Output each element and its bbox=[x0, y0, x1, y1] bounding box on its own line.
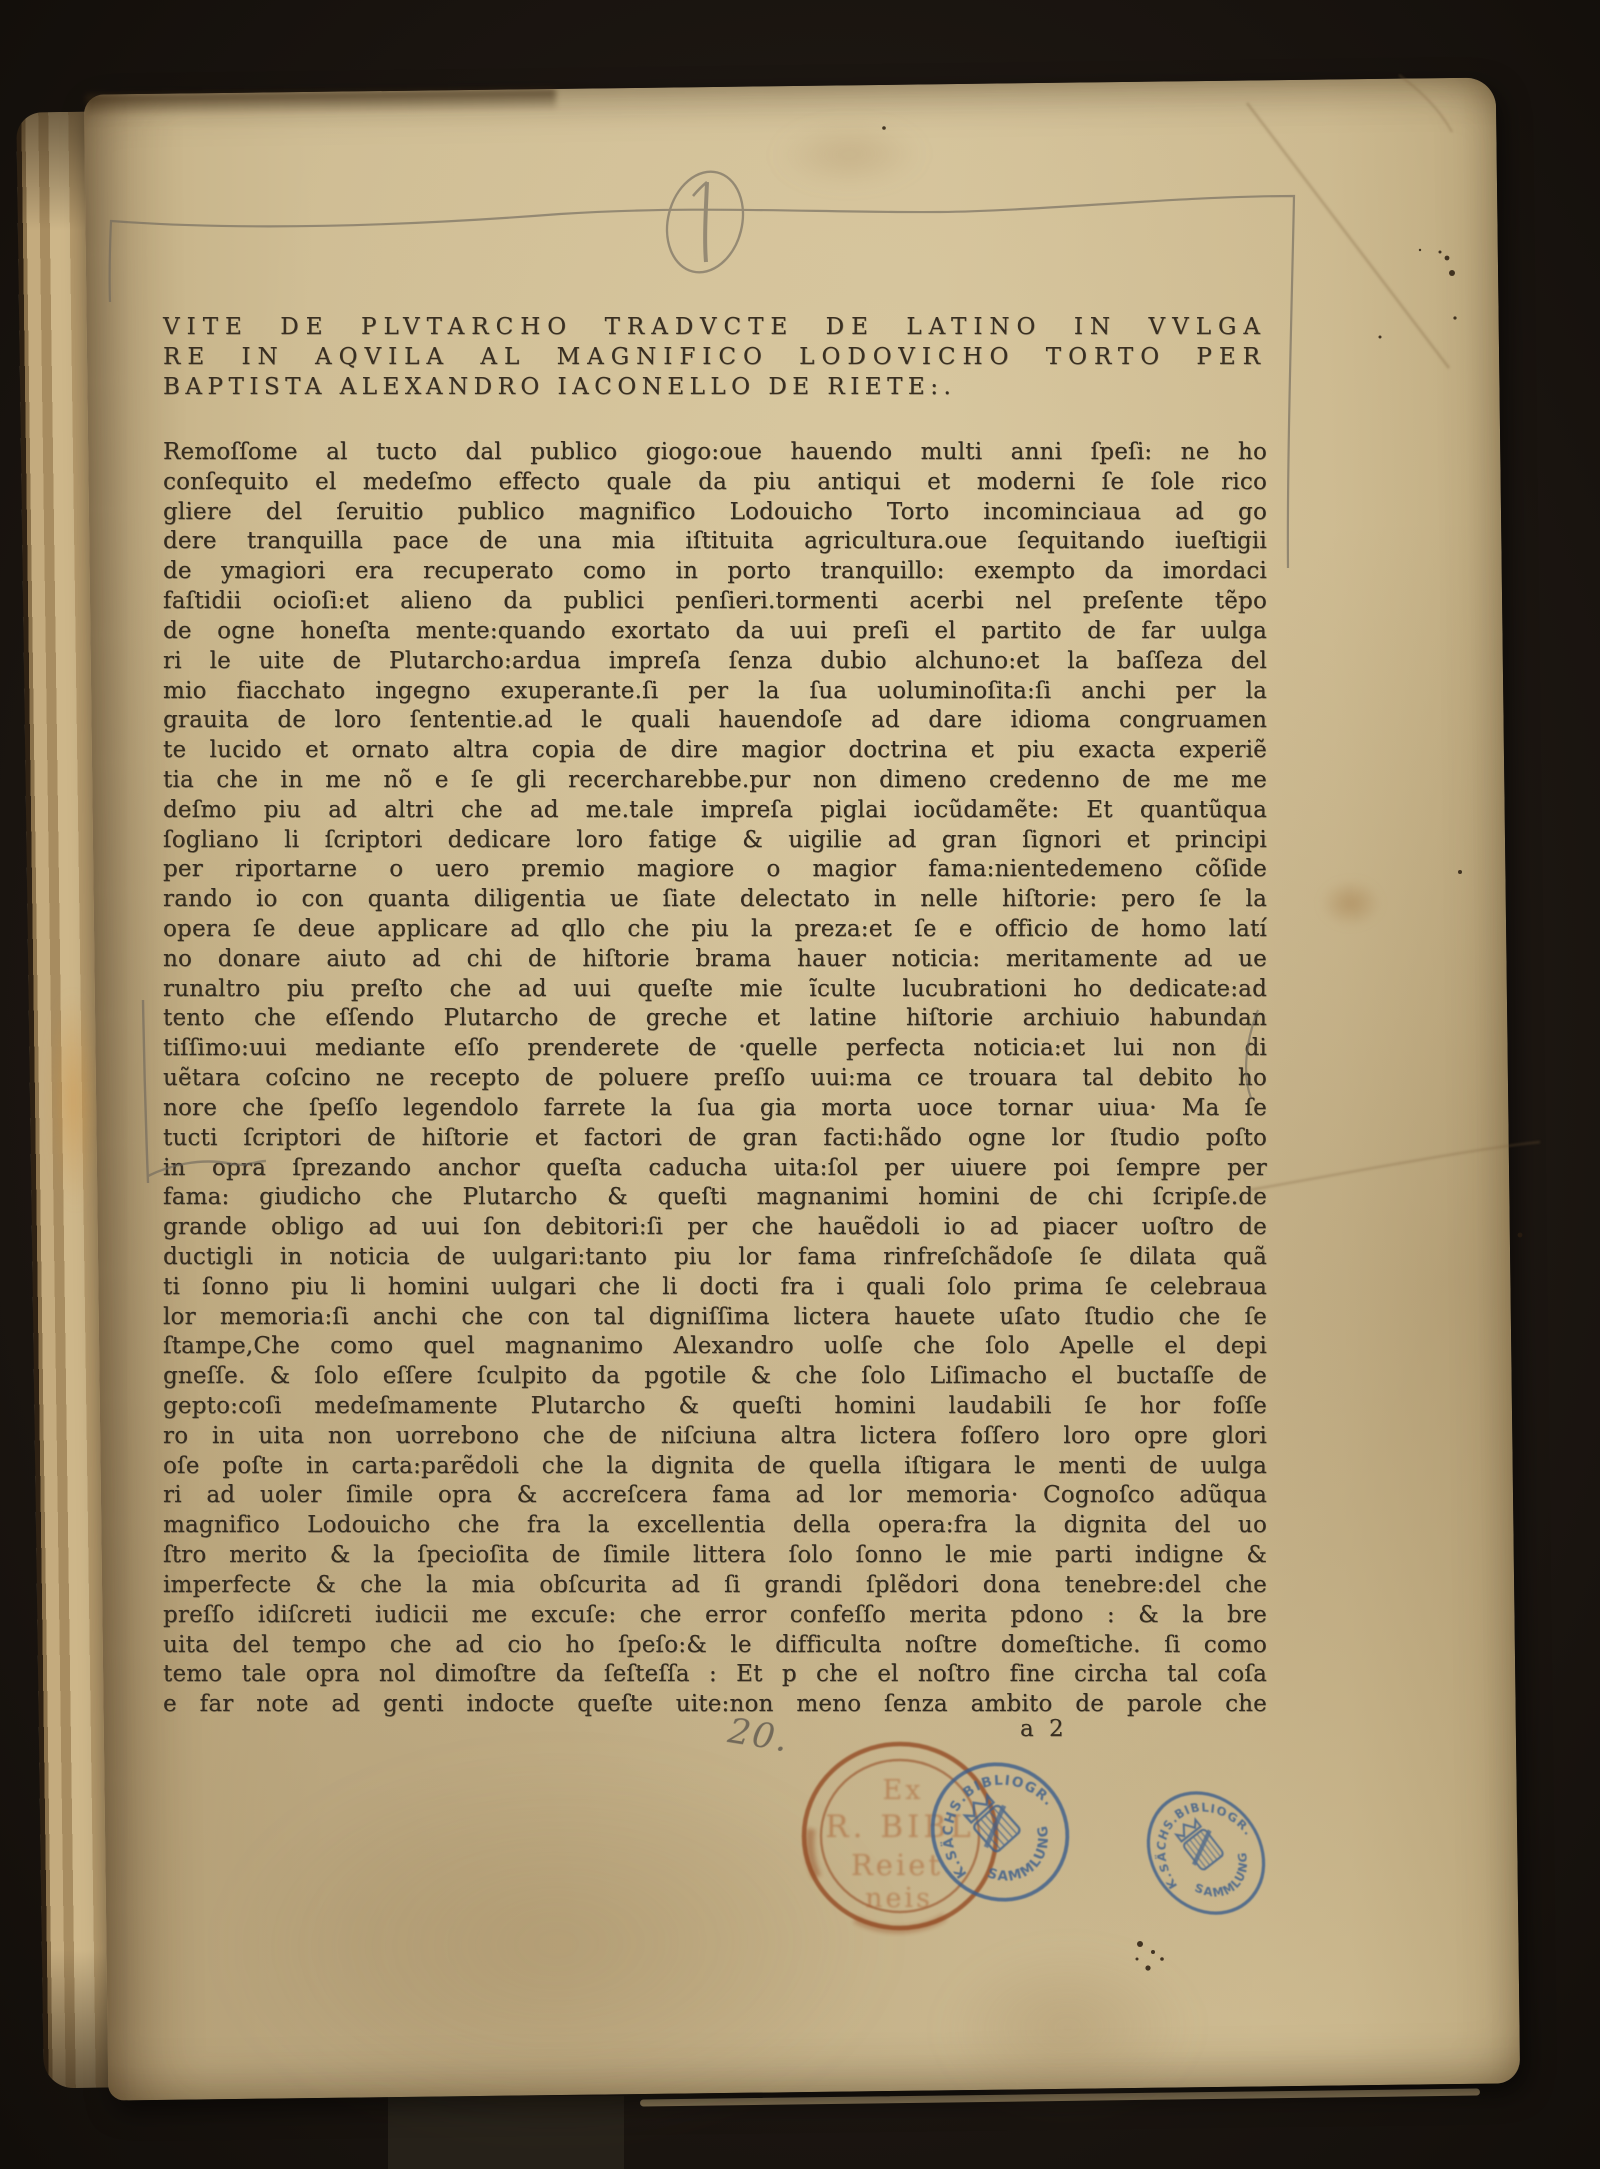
body-line: ductigli in noticia de uulgari:tanto piu… bbox=[163, 1243, 1267, 1273]
body-line: ro in uita non uorrebono che de niſciuna… bbox=[163, 1422, 1267, 1452]
cradle-support bbox=[388, 2096, 624, 2169]
body-line: uẽtara coſcino ne recepto de poluere pre… bbox=[163, 1064, 1267, 1094]
body-line: ſtampe,Che como quel magnanimo Alexandro… bbox=[163, 1332, 1267, 1362]
body-line: de ymagiori era recuperato como in porto… bbox=[163, 557, 1267, 587]
body-line: gneſſe. & ſolo eſſere ſculpito da pgotil… bbox=[163, 1362, 1267, 1392]
body-line: conſequito el medeſmo effecto quale da p… bbox=[163, 468, 1267, 498]
scanned-book-photo: VITE DE PLVTARCHO TRADVCTE DE LATINO IN … bbox=[0, 0, 1600, 2169]
body-line: ri ad uoler ſimile opra & accreſcera fam… bbox=[163, 1481, 1267, 1511]
title-line: RE IN AQVILA AL MAGNIFICO LODOVICHO TORT… bbox=[163, 342, 1267, 372]
body-line: temo tale opra nol dimoſtre da ſeſteſſa … bbox=[163, 1660, 1267, 1690]
body-line: tiſſimo:uui mediante eſſo prenderete de … bbox=[163, 1034, 1267, 1064]
body-line: lor memoria:ſi anchi che con tal digniſſ… bbox=[163, 1303, 1267, 1333]
body-line: dere tranquilla pace de una mia iſtituit… bbox=[163, 527, 1267, 557]
body-line: oſe poſte in carta:parẽdoli che la digni… bbox=[163, 1452, 1267, 1482]
foxing-stain bbox=[774, 120, 925, 188]
body-line: te lucido et ornato altra copia de dire … bbox=[163, 736, 1267, 766]
body-line: opera ſe deue applicare ad qllo che piu … bbox=[163, 915, 1267, 945]
edge-stain bbox=[46, 990, 101, 1211]
body-line: grande obligo ad uui ſon debitori:ſi per… bbox=[163, 1213, 1267, 1243]
printed-text-block: VITE DE PLVTARCHO TRADVCTE DE LATINO IN … bbox=[163, 312, 1267, 1720]
body-line: tento che eſſendo Plutarcho de greche et… bbox=[163, 1004, 1267, 1034]
signature-mark: a 2 bbox=[1020, 1716, 1068, 1742]
title-block: VITE DE PLVTARCHO TRADVCTE DE LATINO IN … bbox=[163, 312, 1267, 402]
body-line: tucti ſcriptori de hiſtorie et factori d… bbox=[163, 1124, 1267, 1154]
body-line: runaltro piu preſto che ad uui queſte mi… bbox=[163, 975, 1267, 1005]
title-line: VITE DE PLVTARCHO TRADVCTE DE LATINO IN … bbox=[163, 312, 1267, 342]
body-line: imperfecte & che la mia obſcurita ad ſi … bbox=[163, 1571, 1267, 1601]
body-line: grauita de loro ſententie.ad le quali ha… bbox=[163, 706, 1267, 736]
body-line: deſmo piu ad altri che ad me.tale impreſ… bbox=[163, 796, 1267, 826]
foxing-stain bbox=[214, 1745, 899, 2143]
body-text-block: Remoſſome al tucto dal publico giogo:oue… bbox=[163, 438, 1267, 1720]
body-line: per riportarne o uero premio magiore o m… bbox=[163, 855, 1267, 885]
body-line: ri le uite de Plutarcho:ardua impreſa ſe… bbox=[163, 647, 1267, 677]
body-line: Remoſſome al tucto dal publico giogo:oue… bbox=[163, 438, 1267, 468]
body-line: de ogne honeſta mente:quando exortato da… bbox=[163, 617, 1267, 647]
body-line: tia che in me nõ e ſe gli recercharebbe.… bbox=[163, 766, 1267, 796]
foxing-stain bbox=[1319, 879, 1382, 928]
body-line: mio fiacchato ingegno exuperante.ſi per … bbox=[163, 677, 1267, 707]
body-line: e far note ad genti indocte queſte uite:… bbox=[163, 1690, 1267, 1720]
body-line: fama: giudicho che Plutarcho & queſti ma… bbox=[163, 1183, 1267, 1213]
body-line: ſogliano li ſcriptori dedicare loro fati… bbox=[163, 826, 1267, 856]
body-line: magnifico Lodouicho che fra la excellent… bbox=[163, 1511, 1267, 1541]
body-line: rando io con quanta diligentia ue ſiate … bbox=[163, 885, 1267, 915]
top-edge-stain bbox=[86, 89, 556, 117]
body-line: ti ſonno piu li homini uulgari che li do… bbox=[163, 1273, 1267, 1303]
body-line: in opra ſprezando anchor queſta caducha … bbox=[163, 1154, 1267, 1184]
foxing-stain bbox=[936, 1941, 1198, 2114]
body-line: preſſo idiſcreti iudicii me excuſe: che … bbox=[163, 1601, 1267, 1631]
body-line: nore che ſpeſſo legendolo farrete la ſua… bbox=[163, 1094, 1267, 1124]
body-line: ſtro merito & la ſpecioſita de ſimile li… bbox=[163, 1541, 1267, 1571]
body-line: no donare aiuto ad chi de hiſtorie brama… bbox=[163, 945, 1267, 975]
body-line: gepto:coſi medeſmamente Plutarcho & queſ… bbox=[163, 1392, 1267, 1422]
body-line: faſtidii ocioſi:et alieno da publici pen… bbox=[163, 587, 1267, 617]
title-line: BAPTISTA ALEXANDRO IACONELLO DE RIETE:. bbox=[163, 372, 1267, 402]
body-line: gliere del ſeruitio publico magnifico Lo… bbox=[163, 498, 1267, 528]
body-line: uita del tempo che ad cio ho ſpeſo:& le … bbox=[163, 1631, 1267, 1661]
